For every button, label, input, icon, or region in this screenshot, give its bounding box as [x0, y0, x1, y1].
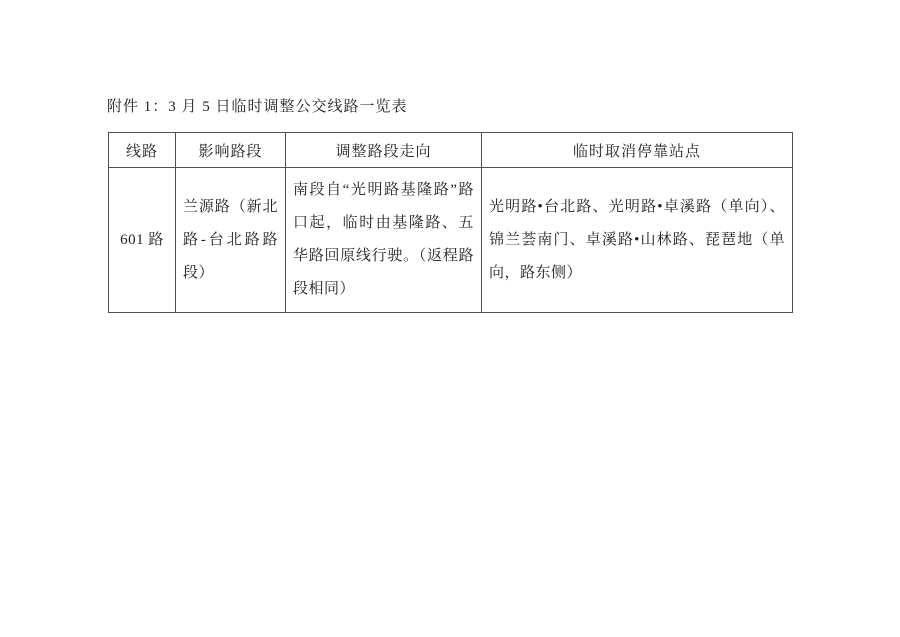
table-header-row: 线路 影响路段 调整路段走向 临时取消停靠站点	[109, 133, 793, 168]
document-page: 附件 1：3 月 5 日临时调整公交线路一览表 线路 影响路段 调整路段走向 临…	[0, 0, 900, 637]
cell-route: 601 路	[109, 168, 176, 313]
document-title: 附件 1：3 月 5 日临时调整公交线路一览表	[107, 97, 408, 118]
header-route: 线路	[109, 133, 176, 168]
bus-route-adjustment-table: 线路 影响路段 调整路段走向 临时取消停靠站点 601 路 兰源路（新北路-台北…	[108, 132, 793, 313]
cell-cancelled-stops: 光明路•台北路、光明路•卓溪路（单向）、锦兰荟南门、卓溪路•山林路、琵琶地（单向…	[482, 168, 793, 313]
header-affected-section: 影响路段	[176, 133, 286, 168]
header-adjusted-direction: 调整路段走向	[286, 133, 482, 168]
cell-affected-section: 兰源路（新北路-台北路路段）	[176, 168, 286, 313]
table-row: 601 路 兰源路（新北路-台北路路段） 南段自“光明路基隆路”路口起，临时由基…	[109, 168, 793, 313]
cell-adjusted-direction: 南段自“光明路基隆路”路口起，临时由基隆路、五华路回原线行驶。（返程路段相同）	[286, 168, 482, 313]
header-cancelled-stops: 临时取消停靠站点	[482, 133, 793, 168]
